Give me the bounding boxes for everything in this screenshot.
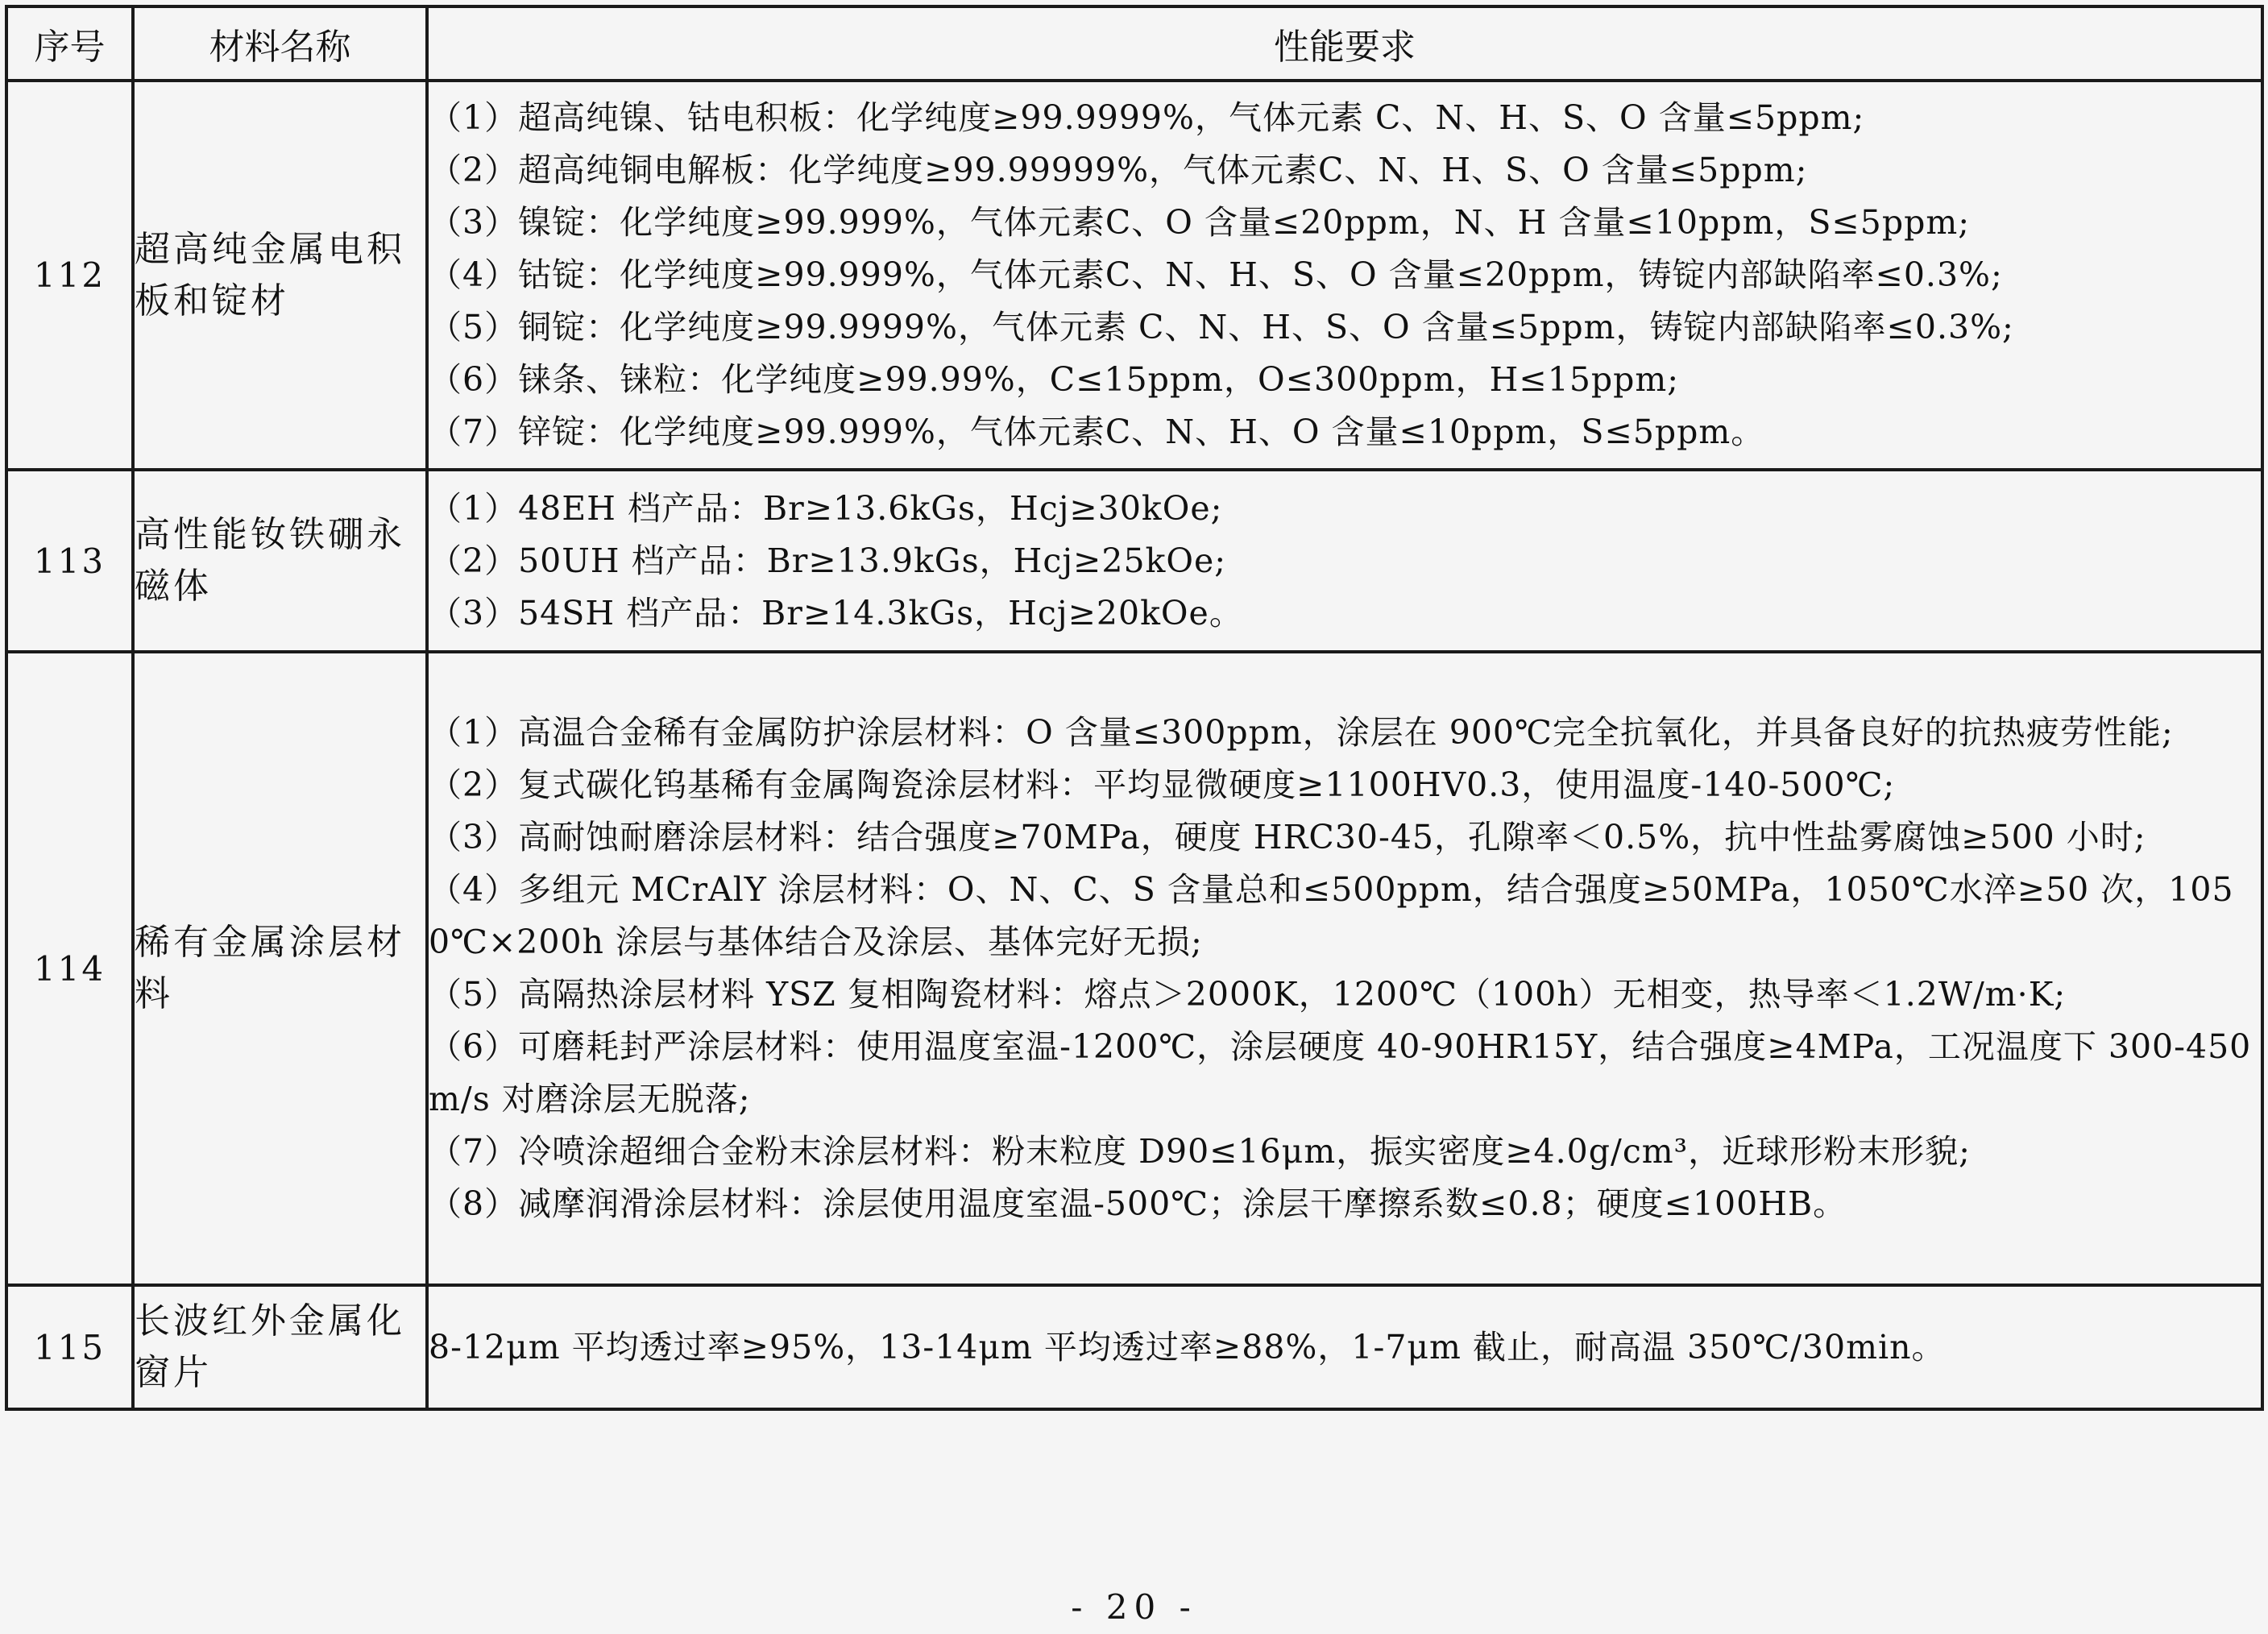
row-requirements: （1）高温合金稀有金属防护涂层材料：O 含量≤300ppm，涂层在 900℃完全… bbox=[427, 652, 2262, 1285]
row-requirements: （1）48EH 档产品：Br≥13.6kGs，Hcj≥30kOe; （2）50U… bbox=[427, 470, 2262, 652]
requirement-line: （1）高温合金稀有金属防护涂层材料：O 含量≤300ppm，涂层在 900℃完全… bbox=[429, 707, 2261, 759]
row-requirements: （1）超高纯镍、钴电积板：化学纯度≥99.9999%，气体元素 C、N、H、S、… bbox=[427, 81, 2262, 470]
requirement-line: （1）超高纯镍、钴电积板：化学纯度≥99.9999%，气体元素 C、N、H、S、… bbox=[429, 92, 2261, 144]
row-material-name: 长波红外金属化窗片 bbox=[133, 1285, 427, 1409]
requirement-line: （5）高隔热涂层材料 YSZ 复相陶瓷材料：熔点＞2000K，1200℃（100… bbox=[429, 968, 2261, 1021]
requirement-line: （3）高耐蚀耐磨涂层材料：结合强度≥70MPa，硬度 HRC30-45，孔隙率＜… bbox=[429, 811, 2261, 864]
row-serial-number: 112 bbox=[6, 81, 133, 470]
requirement-line: （2）50UH 档产品：Br≥13.9kGs，Hcj≥25kOe; bbox=[429, 535, 2261, 587]
row-requirements: 8-12μm 平均透过率≥95%，13-14μm 平均透过率≥88%，1-7μm… bbox=[427, 1285, 2262, 1409]
requirement-line: （3）54SH 档产品：Br≥14.3kGs，Hcj≥20kOe。 bbox=[429, 587, 2261, 640]
table-header-row: 序号 材料名称 性能要求 bbox=[6, 6, 2262, 81]
table-row: 114 稀有金属涂层材料 （1）高温合金稀有金属防护涂层材料：O 含量≤300p… bbox=[6, 652, 2262, 1285]
requirement-line: （4）钴锭：化学纯度≥99.999%，气体元素C、N、H、S、O 含量≤20pp… bbox=[429, 249, 2261, 301]
table-row: 115 长波红外金属化窗片 8-12μm 平均透过率≥95%，13-14μm 平… bbox=[6, 1285, 2262, 1409]
header-material-name: 材料名称 bbox=[133, 6, 427, 81]
requirement-line: （6）可磨耗封严涂层材料：使用温度室温-1200℃，涂层硬度 40-90HR15… bbox=[429, 1021, 2261, 1126]
requirement-line: 8-12μm 平均透过率≥95%，13-14μm 平均透过率≥88%，1-7μm… bbox=[429, 1321, 2261, 1374]
row-material-name: 超高纯金属电积板和锭材 bbox=[133, 81, 427, 470]
table-row: 113 高性能钕铁硼永磁体 （1）48EH 档产品：Br≥13.6kGs，Hcj… bbox=[6, 470, 2262, 652]
page-number: - 20 - bbox=[0, 1587, 2268, 1627]
header-performance-requirements: 性能要求 bbox=[427, 6, 2262, 81]
row-serial-number: 114 bbox=[6, 652, 133, 1285]
row-material-name: 稀有金属涂层材料 bbox=[133, 652, 427, 1285]
requirement-line: （5）铜锭：化学纯度≥99.9999%，气体元素 C、N、H、S、O 含量≤5p… bbox=[429, 301, 2261, 354]
requirement-line: （4）多组元 MCrAlY 涂层材料：O、N、C、S 含量总和≤500ppm，结… bbox=[429, 864, 2261, 968]
materials-spec-table: 序号 材料名称 性能要求 112 超高纯金属电积板和锭材 （1）超高纯镍、钴电积… bbox=[5, 5, 2264, 1411]
requirement-line: （2）超高纯铜电解板：化学纯度≥99.99999%，气体元素C、N、H、S、O … bbox=[429, 144, 2261, 197]
requirement-line: （7）冷喷涂超细合金粉末涂层材料：粉末粒度 D90≤16μm，振实密度≥4.0g… bbox=[429, 1126, 2261, 1178]
requirement-line: （6）铼条、铼粒：化学纯度≥99.99%，C≤15ppm，O≤300ppm，H≤… bbox=[429, 354, 2261, 406]
row-serial-number: 113 bbox=[6, 470, 133, 652]
requirement-line: （3）镍锭：化学纯度≥99.999%，气体元素C、O 含量≤20ppm，N、H … bbox=[429, 197, 2261, 249]
header-serial-number: 序号 bbox=[6, 6, 133, 81]
requirement-line: （7）锌锭：化学纯度≥99.999%，气体元素C、N、H、O 含量≤10ppm，… bbox=[429, 406, 2261, 458]
requirement-line: （8）减摩润滑涂层材料：涂层使用温度室温-500℃；涂层干摩擦系数≤0.8；硬度… bbox=[429, 1178, 2261, 1230]
row-material-name: 高性能钕铁硼永磁体 bbox=[133, 470, 427, 652]
table-row: 112 超高纯金属电积板和锭材 （1）超高纯镍、钴电积板：化学纯度≥99.999… bbox=[6, 81, 2262, 470]
document-page: 序号 材料名称 性能要求 112 超高纯金属电积板和锭材 （1）超高纯镍、钴电积… bbox=[0, 0, 2268, 1634]
requirement-line: （1）48EH 档产品：Br≥13.6kGs，Hcj≥30kOe; bbox=[429, 483, 2261, 535]
row-serial-number: 115 bbox=[6, 1285, 133, 1409]
requirement-line: （2）复式碳化钨基稀有金属陶瓷涂层材料：平均显微硬度≥1100HV0.3，使用温… bbox=[429, 759, 2261, 811]
